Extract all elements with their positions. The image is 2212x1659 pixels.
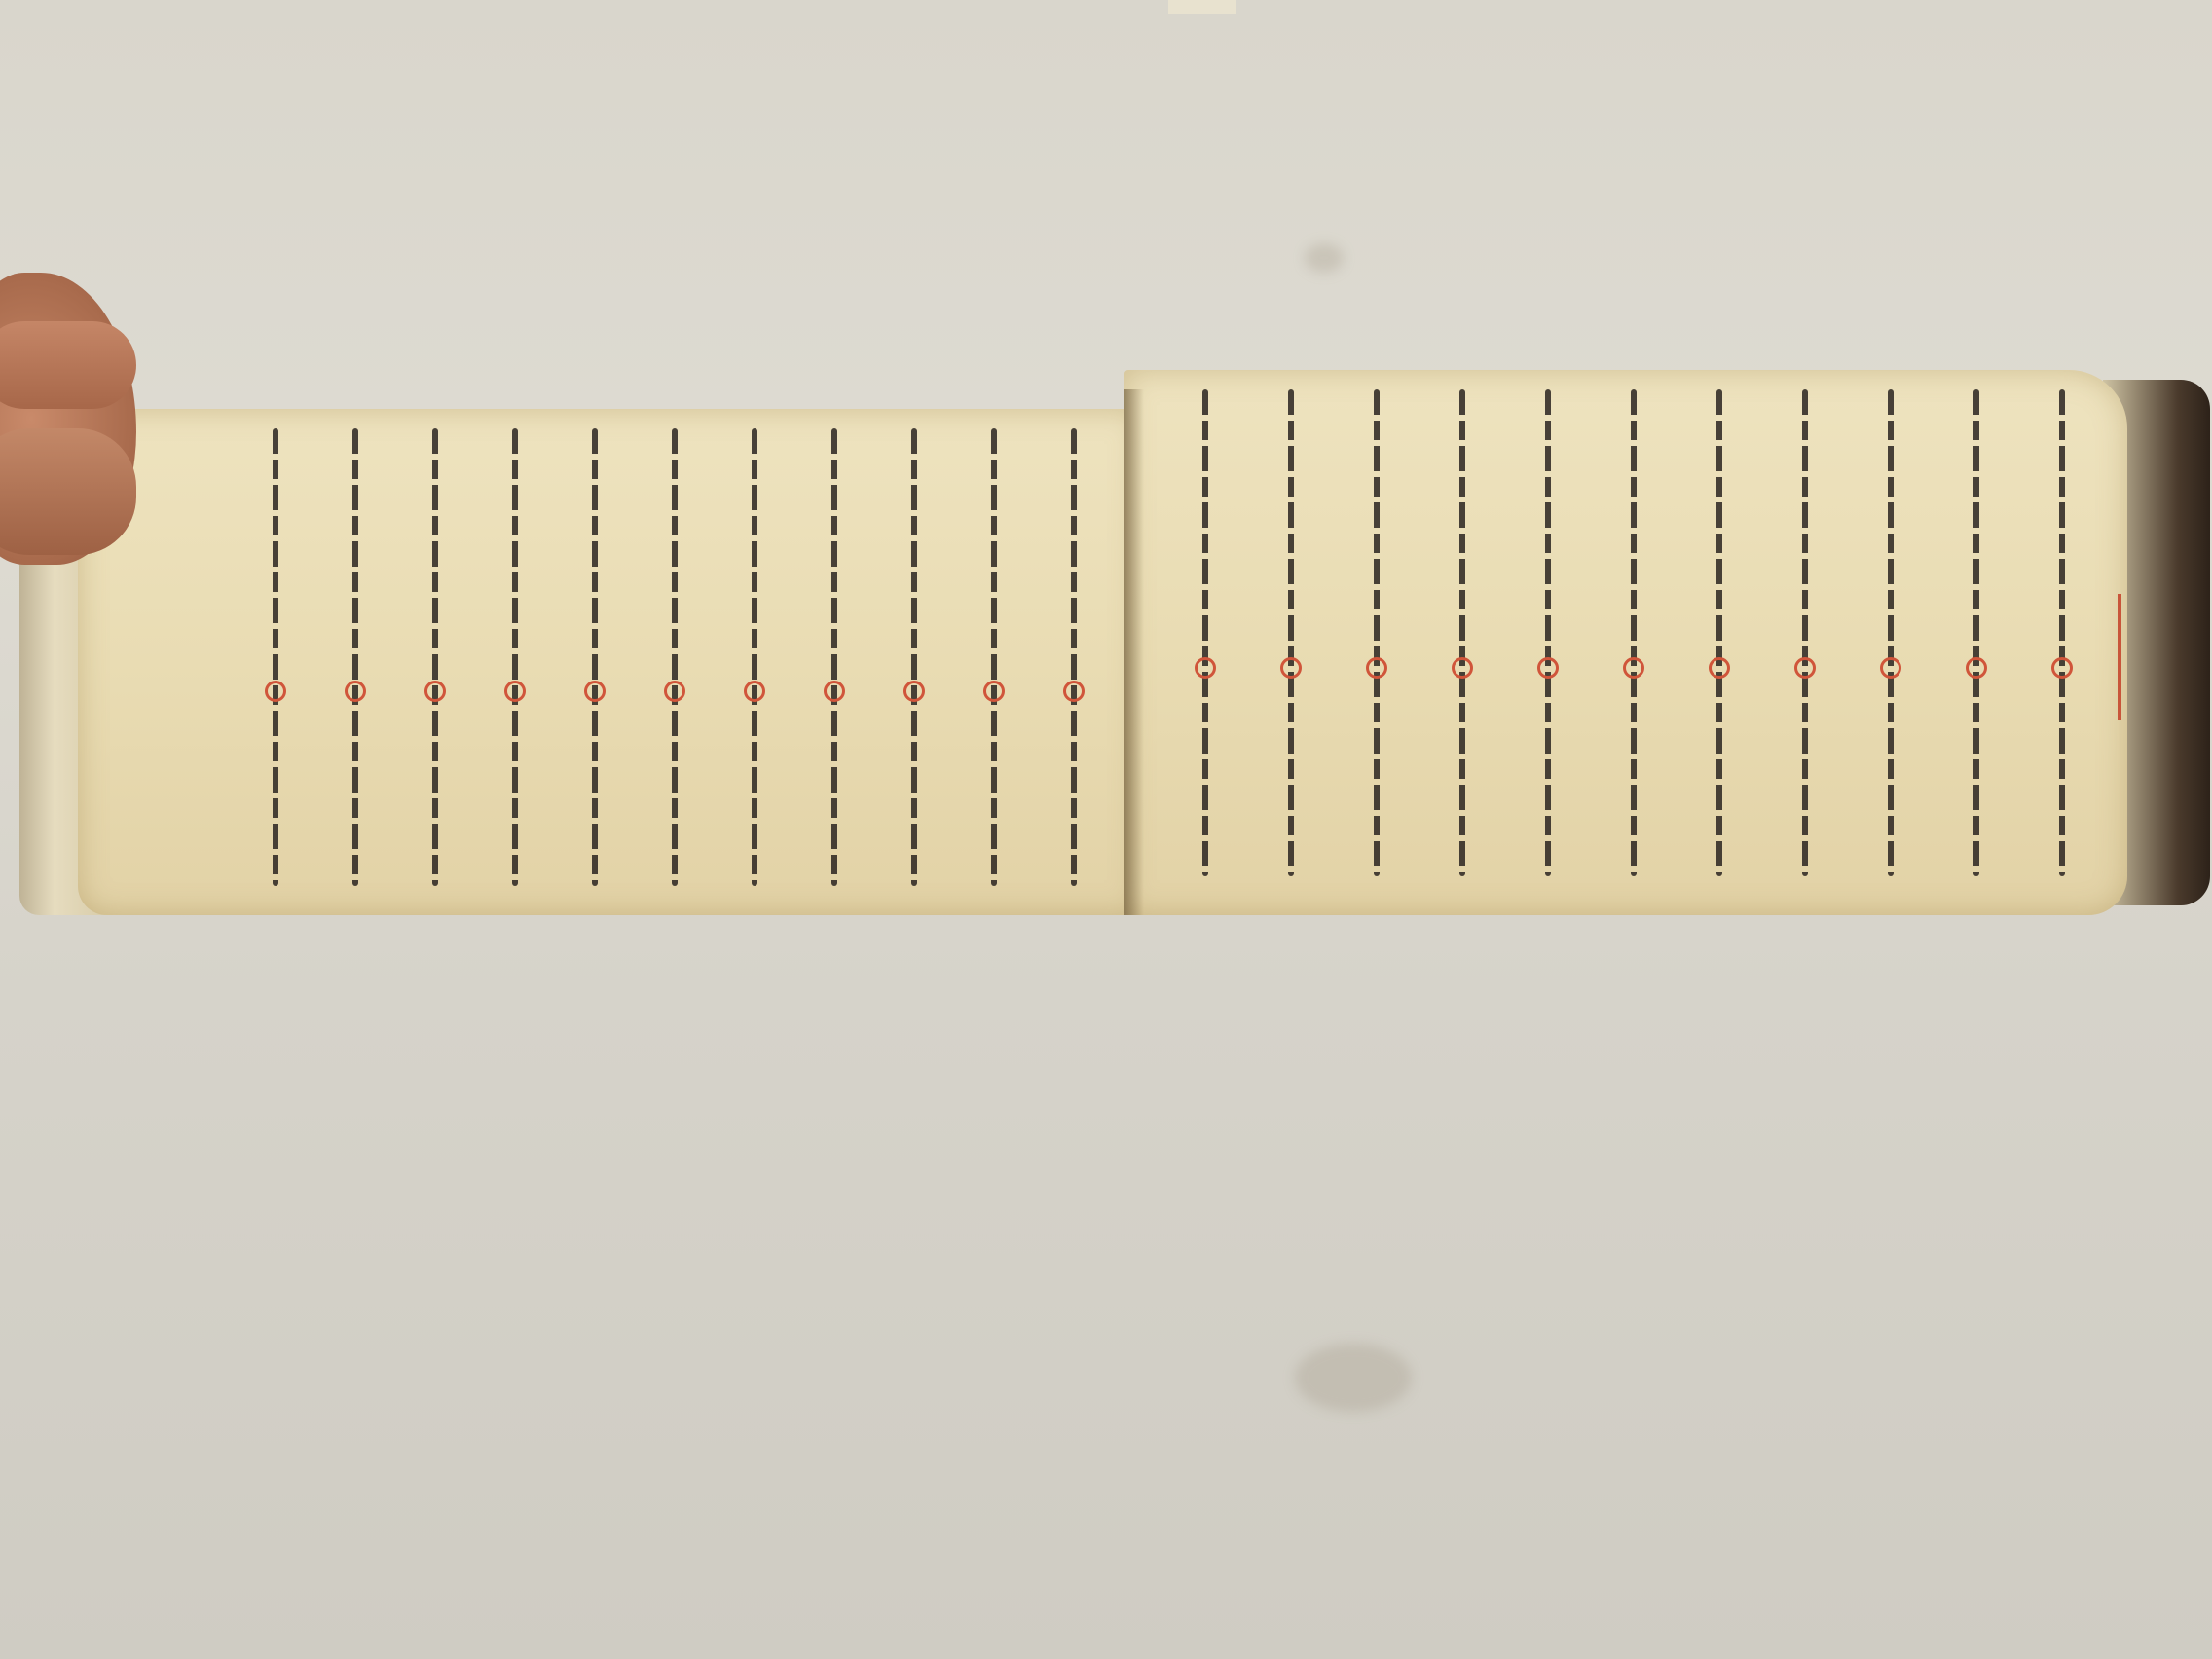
script-line <box>1973 389 1979 876</box>
script-line <box>1888 389 1894 876</box>
paper-scrap <box>1168 0 1236 14</box>
verse-divider <box>1537 657 1559 679</box>
verse-divider <box>265 681 286 702</box>
script-line <box>1071 428 1077 886</box>
verse-divider <box>2051 657 2073 679</box>
verse-divider <box>903 681 925 702</box>
book-gutter <box>1124 389 1144 915</box>
verse-divider <box>1195 657 1216 679</box>
script-line <box>1202 389 1208 876</box>
verse-divider <box>983 681 1005 702</box>
script-line <box>1374 389 1380 876</box>
right-page <box>1124 370 2127 915</box>
script-line <box>672 428 678 886</box>
verse-divider <box>1280 657 1302 679</box>
red-heading-rule <box>2118 594 2121 720</box>
script-line <box>991 428 997 886</box>
surface-spot <box>1305 243 1344 273</box>
verse-divider <box>664 681 685 702</box>
thumb <box>0 428 136 555</box>
open-manuscript <box>19 370 2210 915</box>
script-line <box>273 428 278 886</box>
script-line <box>752 428 757 886</box>
verse-divider <box>424 681 446 702</box>
script-line <box>352 428 358 886</box>
verse-divider <box>1794 657 1816 679</box>
script-line <box>1716 389 1722 876</box>
verse-divider <box>744 681 765 702</box>
script-line <box>2059 389 2065 876</box>
verse-divider <box>1063 681 1085 702</box>
verse-divider <box>1623 657 1644 679</box>
script-line <box>1545 389 1551 876</box>
script-line <box>1802 389 1808 876</box>
verse-divider <box>1880 657 1901 679</box>
verse-divider <box>1709 657 1730 679</box>
finger <box>0 321 136 409</box>
verse-divider <box>824 681 845 702</box>
verse-divider <box>345 681 366 702</box>
left-page <box>78 409 1139 915</box>
script-line <box>432 428 438 886</box>
script-line <box>1288 389 1294 876</box>
script-line <box>911 428 917 886</box>
verse-divider <box>1452 657 1473 679</box>
script-line <box>1631 389 1637 876</box>
surface-stain <box>1295 1344 1412 1412</box>
verse-divider <box>584 681 606 702</box>
script-line <box>592 428 598 886</box>
script-line <box>512 428 518 886</box>
verse-divider <box>504 681 526 702</box>
verse-divider <box>1366 657 1387 679</box>
script-line <box>831 428 837 886</box>
script-line <box>1459 389 1465 876</box>
verse-divider <box>1966 657 1987 679</box>
